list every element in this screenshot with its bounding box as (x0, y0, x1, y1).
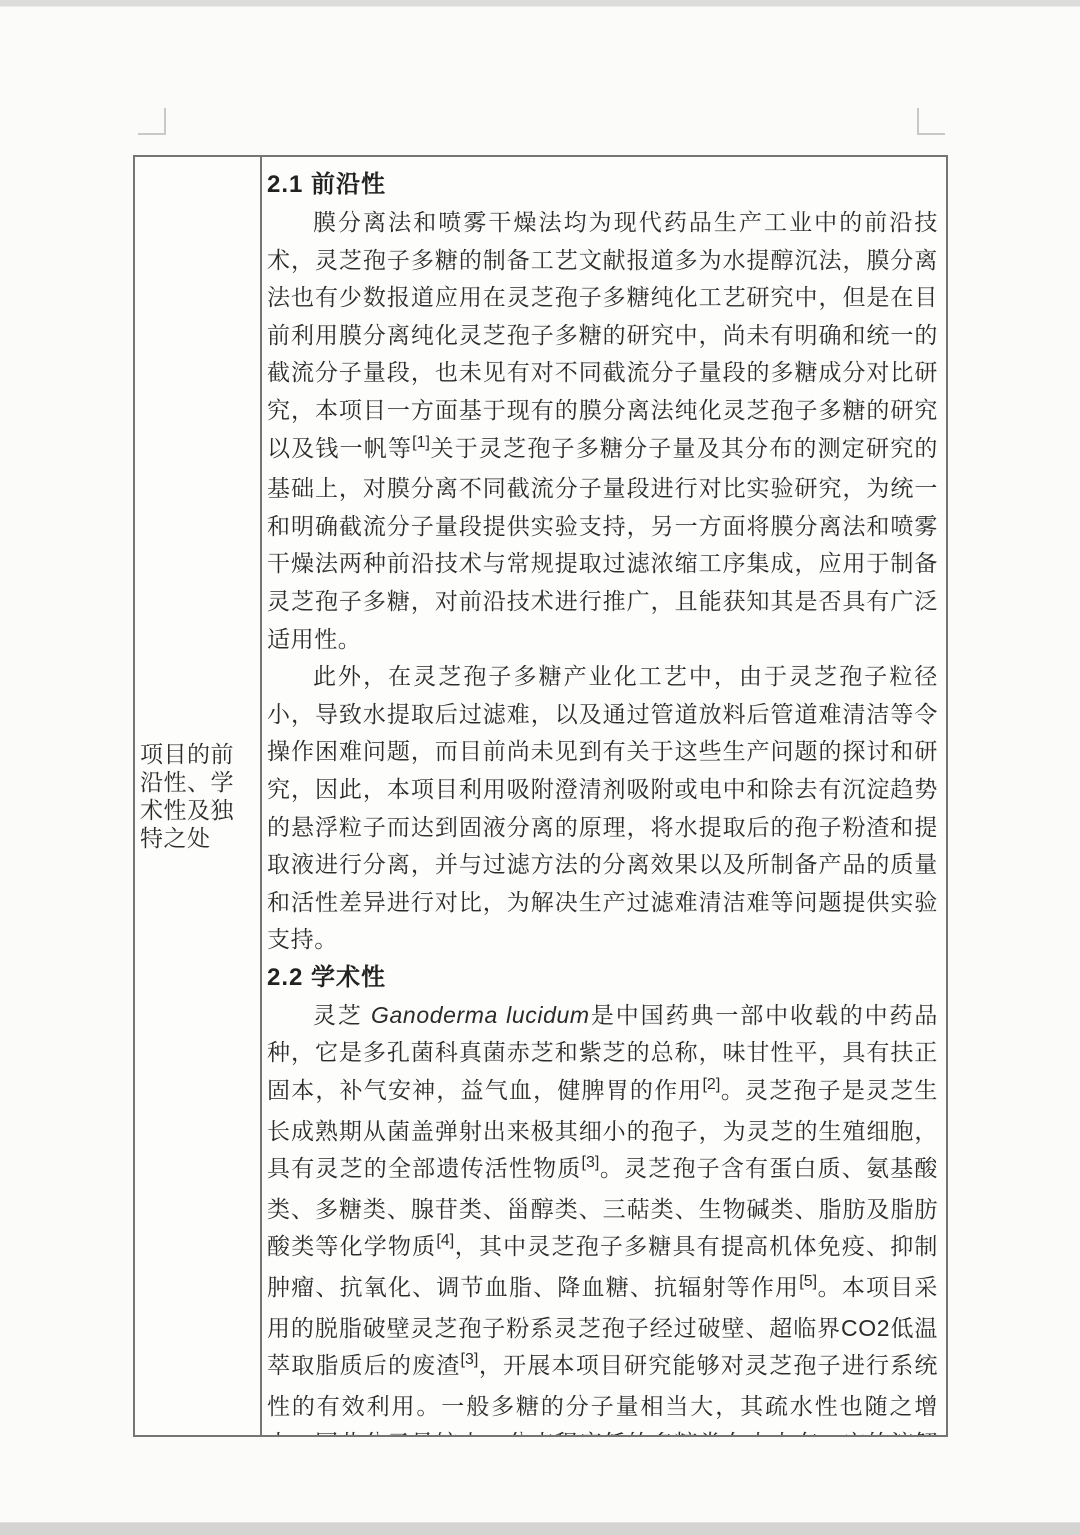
section-heading: 2.2 学术性 (267, 959, 938, 997)
species-name-italic: Ganoderma lucidum (371, 1002, 590, 1028)
citation-superscript: [2] (702, 1076, 720, 1093)
page-margin-mark-top-left (138, 108, 166, 135)
document-table: 项目的前沿性、学术性及独特之处 2.1 前沿性膜分离法和喷雾干燥法均为现代药品生… (133, 155, 948, 1437)
citation-superscript: [3] (461, 1351, 479, 1368)
row-content-cell: 2.1 前沿性膜分离法和喷雾干燥法均为现代药品生产工业中的前沿技术，灵芝孢子多糖… (262, 157, 946, 1435)
screen-bottom-edge (0, 1522, 1080, 1535)
text-run: 灵芝 (313, 1002, 371, 1028)
body-paragraph: 灵芝 Ganoderma lucidum是中国药典一部中收载的中药品种，它是多孔… (267, 997, 938, 1435)
citation-superscript: [3] (582, 1154, 600, 1171)
text-run: 此外，在灵芝孢子多糖产业化工艺中，由于灵芝孢子粒径小，导致水提取后过滤难，以及通… (267, 663, 938, 952)
body-paragraph: 此外，在灵芝孢子多糖产业化工艺中，由于灵芝孢子粒径小，导致水提取后过滤难，以及通… (267, 658, 938, 959)
text-run: 关于灵芝孢子多糖分子量及其分布的测定研究的基础上，对膜分离不同截流分子量段进行对… (267, 435, 938, 652)
document-page: 项目的前沿性、学术性及独特之处 2.1 前沿性膜分离法和喷雾干燥法均为现代药品生… (0, 0, 1080, 1535)
citation-superscript: [5] (799, 1273, 817, 1290)
body-paragraph: 膜分离法和喷雾干燥法均为现代药品生产工业中的前沿技术，灵芝孢子多糖的制备工艺文献… (267, 204, 938, 658)
row-label: 项目的前沿性、学术性及独特之处 (140, 740, 257, 852)
section-heading: 2.1 前沿性 (267, 166, 938, 204)
page-margin-mark-top-right (917, 108, 945, 135)
row-label-cell: 项目的前沿性、学术性及独特之处 (135, 157, 262, 1435)
screen-top-edge (0, 0, 1080, 7)
citation-superscript: [1] (412, 434, 430, 451)
citation-superscript: [4] (436, 1232, 454, 1249)
text-run: 膜分离法和喷雾干燥法均为现代药品生产工业中的前沿技术，灵芝孢子多糖的制备工艺文献… (267, 209, 938, 461)
